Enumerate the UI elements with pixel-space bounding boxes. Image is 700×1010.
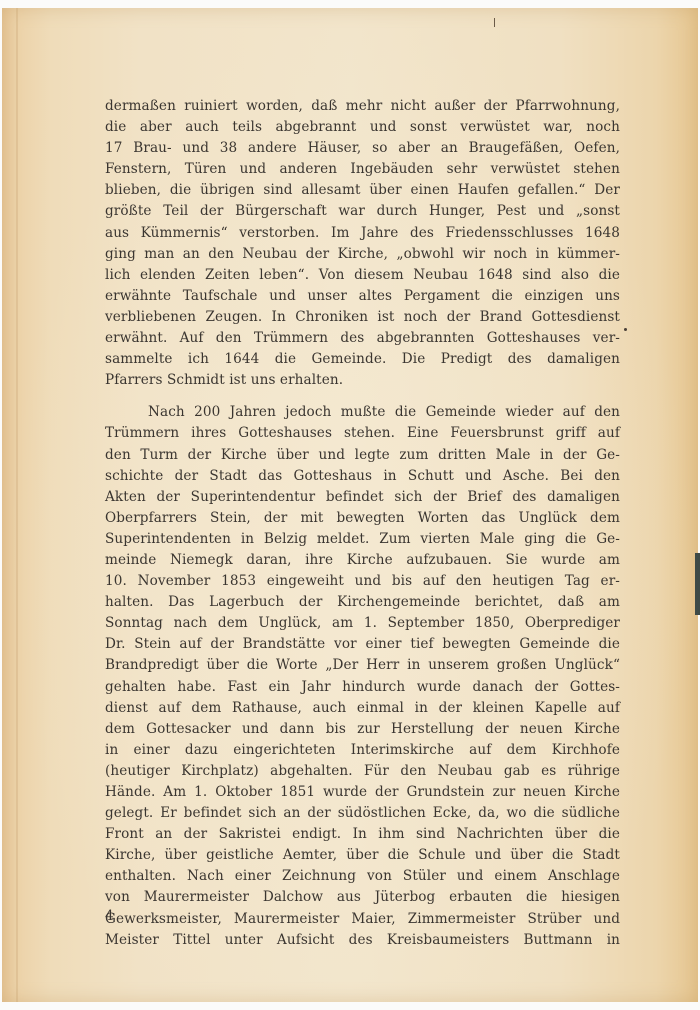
text-line: Meister Tittel unter Aufsicht des Kreisb… [105, 930, 620, 951]
text-line: (heutiger Kirchplatz) abgehalten. Für de… [105, 761, 620, 782]
text-line: Sonntag nach dem Unglück, am 1. Septembe… [105, 613, 620, 634]
paragraph-gap [105, 391, 620, 402]
body-text: dermaßen ruiniert worden, daß mehr nicht… [105, 96, 620, 951]
text-line: dienst auf dem Rathause, auch einmal in … [105, 698, 620, 719]
scanned-page: dermaßen ruiniert worden, daß mehr nicht… [2, 8, 698, 1002]
text-line: Gewerksmeister, Maurermeister Maier, Zim… [105, 909, 620, 930]
binding-clip [695, 553, 700, 615]
text-line: lich elenden Zeiten leben“. Von diesem N… [105, 265, 620, 286]
text-line: Brandpredigt über die Worte „Der Herr in… [105, 655, 620, 676]
text-line: halten. Das Lagerbuch der Kirchengemeind… [105, 592, 620, 613]
text-line: Pfarrers Schmidt ist uns erhalten. [105, 370, 620, 391]
text-line: enthalten. Nach einer Zeichnung von Stül… [105, 866, 620, 887]
text-line: von Maurermeister Dalchow aus Jüterbog e… [105, 887, 620, 908]
print-speck [624, 328, 627, 331]
text-line: Kirche, über geistliche Aemter, über die… [105, 845, 620, 866]
text-line: Nach 200 Jahren jedoch mußte die Gemeind… [105, 402, 620, 423]
text-line: Trümmern ihres Gotteshauses stehen. Eine… [105, 423, 620, 444]
text-line: aus Kümmernis“ verstorben. Im Jahre des … [105, 223, 620, 244]
text-line: dermaßen ruiniert worden, daß mehr nicht… [105, 96, 620, 117]
text-line: erwähnte Taufschale und unser altes Perg… [105, 286, 620, 307]
paragraph-2: Nach 200 Jahren jedoch mußte die Gemeind… [105, 402, 620, 950]
text-line: Hände. Am 1. Oktober 1851 wurde der Grun… [105, 782, 620, 803]
text-line: Dr. Stein auf der Brandstätte vor einer … [105, 634, 620, 655]
text-line: Oberpfarrers Stein, der mit bewegten Wor… [105, 508, 620, 529]
text-line: dem Gottesacker und dann bis zur Herstel… [105, 719, 620, 740]
text-line: gehalten habe. Fast ein Jahr hindurch wu… [105, 677, 620, 698]
text-line: ging man an den Neubau der Kirche, „obwo… [105, 244, 620, 265]
text-line: blieben, die übrigen sind allesamt über … [105, 180, 620, 201]
text-line: sammelte ich 1644 die Gemeinde. Die Pred… [105, 349, 620, 370]
text-line: den Turm der Kirche über und legte zum d… [105, 445, 620, 466]
text-line: erwähnt. Auf den Trümmern des abgebrannt… [105, 328, 620, 349]
text-line: größte Teil der Bürgerschaft war durch H… [105, 201, 620, 222]
text-line: Front an der Sakristei endigt. In ihm si… [105, 824, 620, 845]
text-line: in einer dazu eingerichteten Interimskir… [105, 740, 620, 761]
text-line: gelegt. Er befindet sich an der südöstli… [105, 803, 620, 824]
text-line: meinde Niemegk daran, ihre Kirche aufzub… [105, 550, 620, 571]
text-line: 17 Brau- und 38 andere Häuser, so aber a… [105, 138, 620, 159]
paragraph-1: dermaßen ruiniert worden, daß mehr nicht… [105, 96, 620, 391]
page-number: 4 [105, 908, 114, 924]
text-line: Fenstern, Türen und anderen Ingebäuden s… [105, 159, 620, 180]
print-mark [494, 18, 495, 27]
text-line: schichte der Stadt das Gotteshaus in Sch… [105, 466, 620, 487]
text-line: Superintendenten in Belzig meldet. Zum v… [105, 529, 620, 550]
text-line: die aber auch teils abgebrannt und sonst… [105, 117, 620, 138]
text-line: Akten der Superintendentur befindet sich… [105, 487, 620, 508]
text-line: verbliebenen Zeugen. In Chroniken ist no… [105, 307, 620, 328]
text-line: 10. November 1853 eingeweiht und bis auf… [105, 571, 620, 592]
